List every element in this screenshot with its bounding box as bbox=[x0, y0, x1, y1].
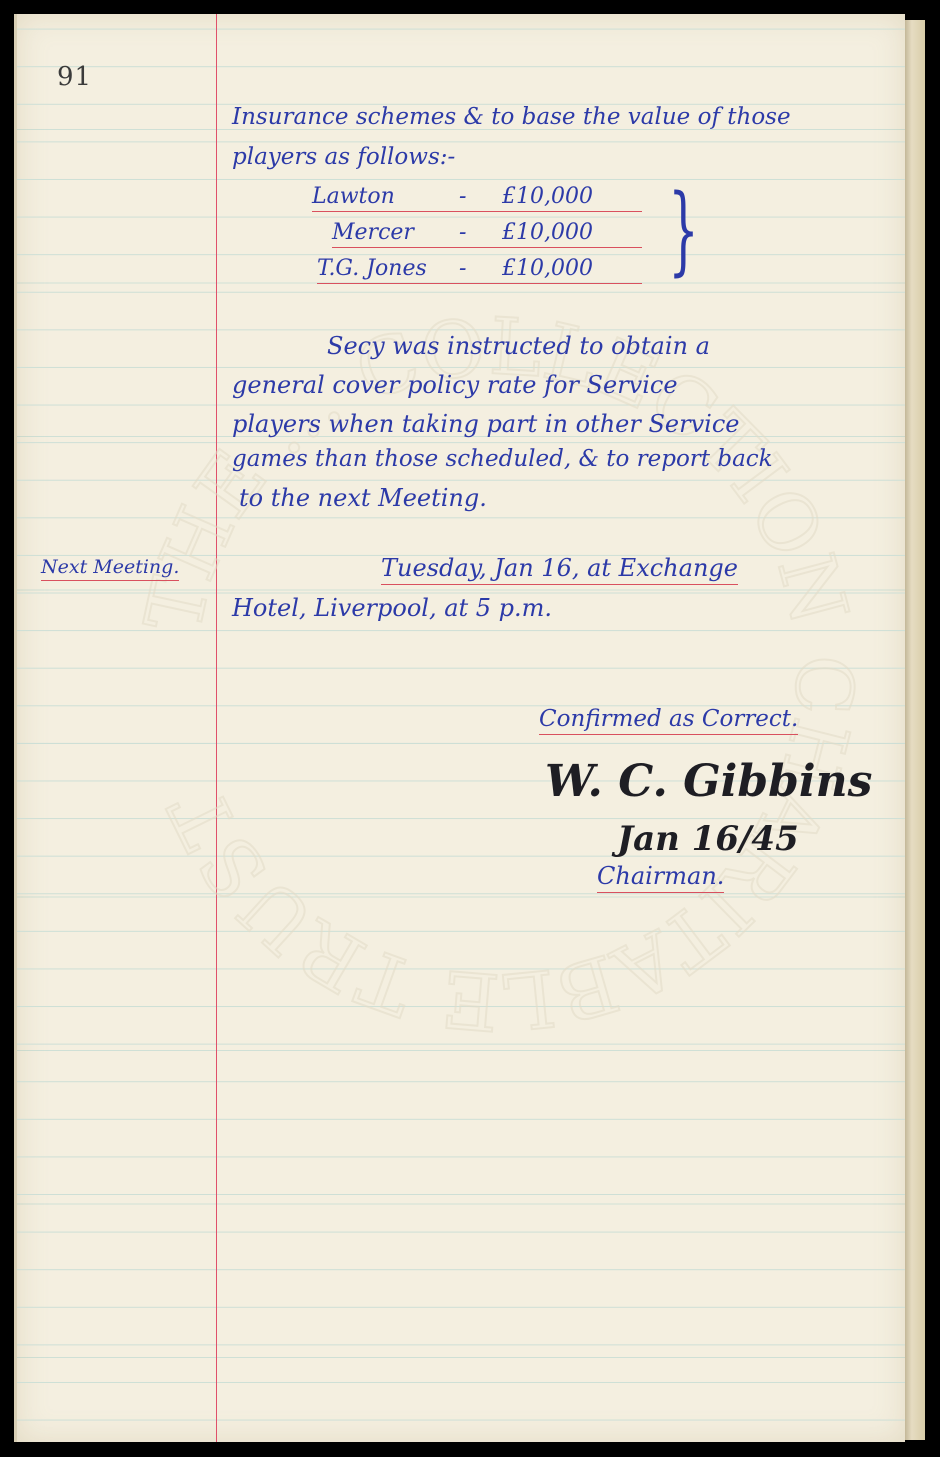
chairman-title: Chairman. bbox=[597, 862, 724, 893]
book-binding bbox=[902, 20, 925, 1440]
minutes-line: to the next Meeting. bbox=[239, 484, 487, 512]
minutes-line: Insurance schemes & to base the value of… bbox=[232, 104, 791, 130]
player-name: T.G. Jones bbox=[317, 256, 452, 281]
player-value: £10,000 bbox=[502, 256, 593, 281]
signature-date: Jan 16/45 bbox=[617, 819, 799, 859]
minutes-line: games than those scheduled, & to report … bbox=[232, 446, 773, 472]
chairman-signature: W. C. Gibbins bbox=[545, 756, 872, 807]
player-name: Mercer bbox=[332, 220, 452, 245]
player-value: £10,000 bbox=[502, 184, 593, 209]
player-row: T.G. Jones - £10,000 bbox=[317, 256, 642, 284]
minutes-line: Secy was instructed to obtain a bbox=[327, 332, 710, 360]
margin-heading-next-meeting: Next Meeting. bbox=[41, 556, 179, 581]
brace: } bbox=[668, 182, 699, 278]
ledger-page: THE ... COLLECTION CHARITABLE TRUST 91 I… bbox=[14, 14, 905, 1442]
player-name: Lawton bbox=[312, 184, 452, 209]
separator: - bbox=[459, 256, 495, 281]
next-meeting-line: Tuesday, Jan 16, at Exchange bbox=[381, 554, 738, 582]
player-value: £10,000 bbox=[502, 220, 593, 245]
minutes-line: players as follows:- bbox=[232, 144, 455, 170]
page-number: 91 bbox=[57, 62, 92, 92]
next-meeting-date: Tuesday, Jan 16, at Exchange bbox=[381, 554, 738, 585]
confirmed-text: Confirmed as Correct. bbox=[539, 706, 798, 735]
player-row: Mercer - £10,000 bbox=[332, 220, 642, 248]
margin-line bbox=[216, 14, 217, 1442]
player-row: Lawton - £10,000 bbox=[312, 184, 642, 212]
minutes-line: general cover policy rate for Service bbox=[232, 371, 678, 399]
minutes-line: players when taking part in other Servic… bbox=[232, 410, 739, 438]
separator: - bbox=[459, 220, 495, 245]
separator: - bbox=[459, 184, 495, 209]
next-meeting-venue: Hotel, Liverpool, at 5 p.m. bbox=[232, 594, 552, 622]
